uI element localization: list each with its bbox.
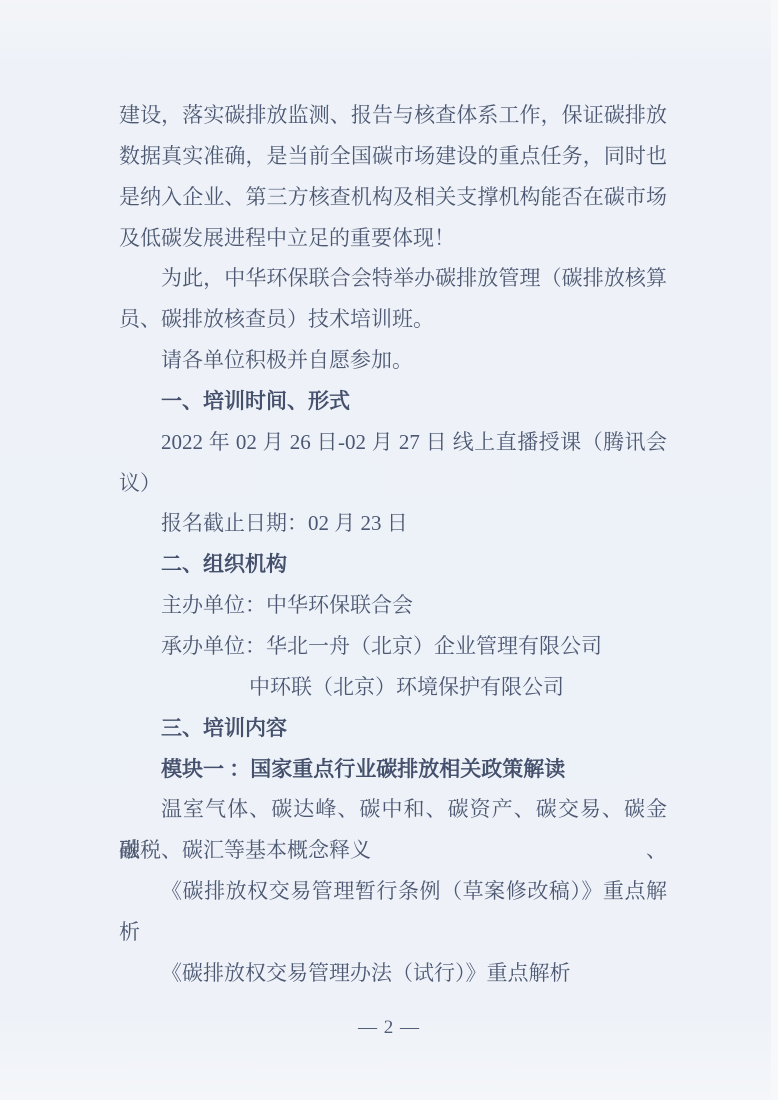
paragraph-invitation: 请各单位积极并自愿参加。	[119, 340, 667, 381]
paragraph-intro-line-1: 建设，落实碳排放监测、报告与核查体系工作，保证碳排放	[119, 95, 667, 136]
heading-module-1: 模块一 ：国家重点行业碳排放相关政策解读	[119, 749, 667, 790]
organizer-line-2: 中环联（北京）环境保护有限公司	[119, 667, 667, 708]
document-page: 建设，落实碳排放监测、报告与核查体系工作，保证碳排放 数据真实准确，是当前全国碳…	[0, 0, 778, 1100]
registration-deadline: 报名截止日期：02 月 23 日	[119, 503, 667, 544]
paragraph-intro-line-3: 是纳入企业、第三方核查机构及相关支撑机构能否在碳市场	[119, 177, 667, 218]
heading-training-time: 一、培训时间、形式	[119, 381, 667, 422]
training-date-line-1: 2022 年 02 月 26 日-02 月 27 日 线上直播授课（腾讯会	[119, 422, 667, 463]
page-number: — 2 —	[0, 1017, 778, 1039]
organizer-line-1: 承办单位：华北一舟（北京）企业管理有限公司	[119, 626, 667, 667]
paragraph-purpose-line-1: 为此，中华环保联合会特举办碳排放管理（碳排放核算	[119, 258, 667, 299]
paragraph-intro-line-2: 数据真实准确，是当前全国碳市场建设的重点任务，同时也	[119, 136, 667, 177]
module1-concepts-line-1: 温室气体、碳达峰、碳中和、碳资产、碳交易、碳金融、	[119, 789, 667, 830]
heading-organization: 二、组织机构	[119, 544, 667, 585]
module1-regulation-line-1: 《碳排放权交易管理暂行条例（草案修改稿）》重点解	[119, 871, 667, 912]
paragraph-intro-line-4: 及低碳发展进程中立足的重要体现！	[119, 218, 667, 259]
document-body: 建设，落实碳排放监测、报告与核查体系工作，保证碳排放 数据真实准确，是当前全国碳…	[119, 95, 667, 994]
paragraph-purpose-line-2: 员、碳排放核查员）技术培训班。	[119, 299, 667, 340]
training-date-line-2: 议）	[119, 463, 667, 504]
host-organization: 主办单位：中华环保联合会	[119, 585, 667, 626]
heading-training-content: 三、培训内容	[119, 708, 667, 749]
module1-regulation-line-2: 析	[119, 912, 667, 953]
module1-measures-line: 《碳排放权交易管理办法（试行）》重点解析	[119, 953, 667, 994]
